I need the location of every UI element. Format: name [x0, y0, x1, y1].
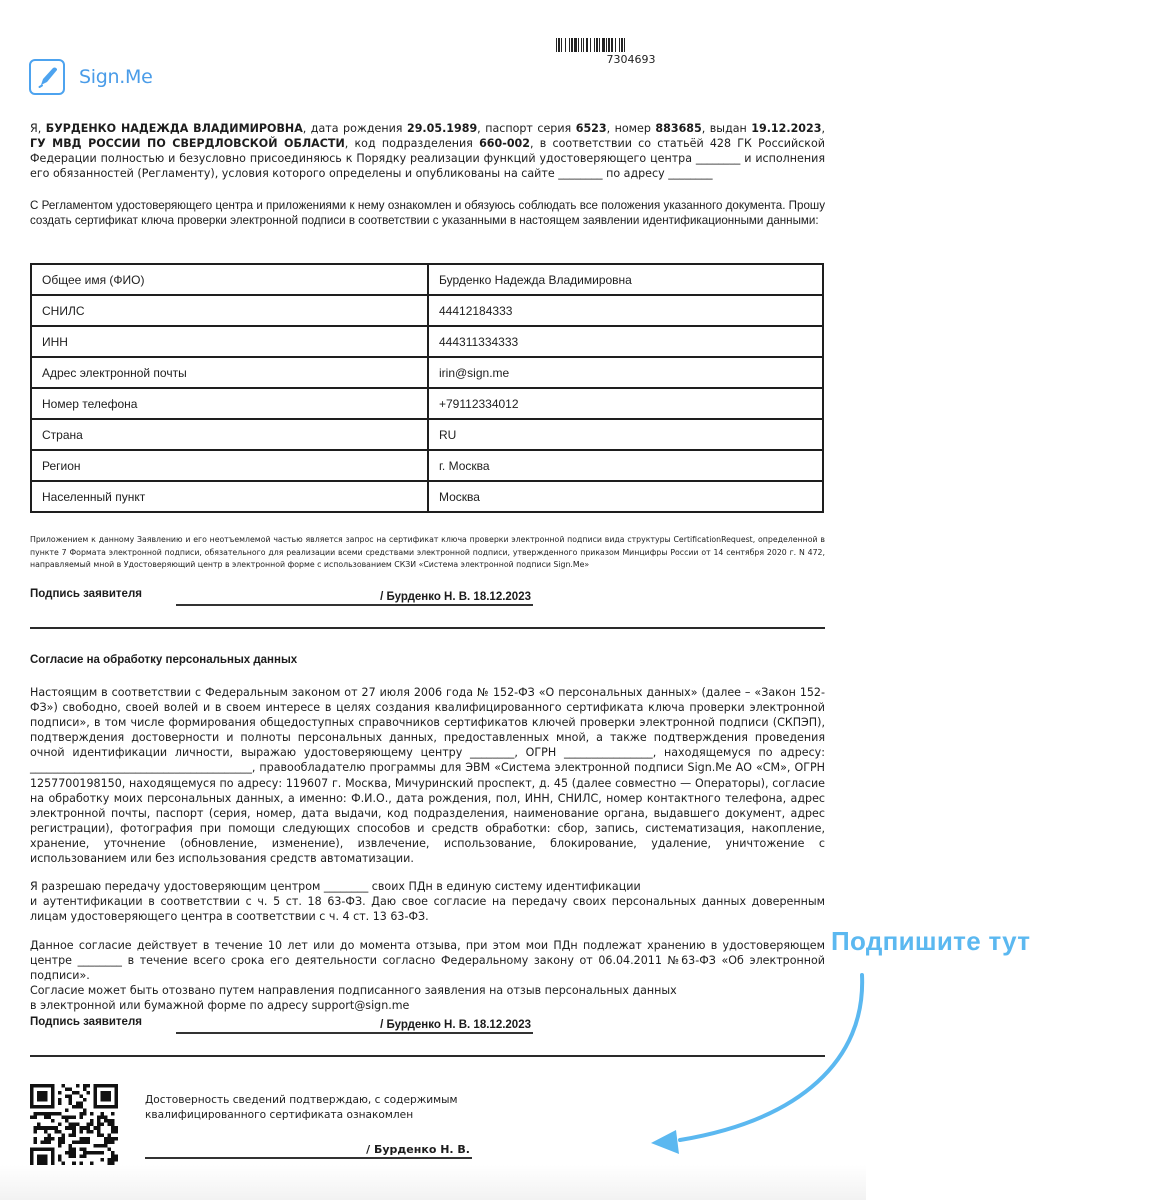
revocation-address: в электронной или бумажной форме по адре… [30, 998, 825, 1013]
field-label: Регион [31, 450, 428, 481]
intro-text: , дата рождения [303, 122, 407, 135]
applicant-field-value: 883685 [655, 122, 701, 135]
identity-table: Общее имя (ФИО)Бурденко Надежда Владимир… [30, 263, 824, 513]
table-row: ИНН444311334333 [31, 326, 823, 357]
field-value: RU [428, 419, 823, 450]
pen-in-square-icon [29, 59, 65, 95]
field-label: ИНН [31, 326, 428, 357]
final-signature-field[interactable]: / Бурденко Н. В. [145, 1140, 472, 1159]
field-value: +79112334012 [428, 388, 823, 419]
table-row: Регионг. Москва [31, 450, 823, 481]
intro-text: , [821, 122, 825, 135]
table-row: Населенный пунктМосква [31, 481, 823, 512]
sign-here-annotation: Подпишите тут [831, 926, 1030, 957]
signature-label: Подпись заявителя [30, 588, 142, 600]
intro-text: , код подразделения [345, 137, 479, 150]
field-value: Бурденко Надежда Владимировна [428, 264, 823, 295]
applicant-field-value: 660-002 [479, 137, 530, 150]
table-row: СНИЛС44412184333 [31, 295, 823, 326]
qr-code-icon [28, 1084, 120, 1172]
intro-text: , паспорт серия [477, 122, 576, 135]
field-label: Страна [31, 419, 428, 450]
field-value: irin@sign.me [428, 357, 823, 388]
applicant-field-value: ГУ МВД РОССИИ ПО СВЕРДЛОВСКОЙ ОБЛАСТИ [30, 137, 345, 150]
signature-value: / Бурденко Н. В. 18.12.2023 [380, 1019, 531, 1031]
regulation-paragraph: С Регламентом удостоверяющего центра и п… [30, 198, 825, 228]
intro-text: , номер [607, 122, 656, 135]
applicant-field-value: 29.05.1989 [407, 122, 477, 135]
consent-title: Согласие на обработку персональных данны… [30, 654, 297, 666]
validity-main: Данное согласие действует в течение 10 л… [30, 938, 825, 983]
revocation-line: Согласие может быть отозвано путем напра… [30, 983, 825, 998]
field-label: СНИЛС [31, 295, 428, 326]
signature-field[interactable]: / Бурденко Н. В. 18.12.2023 [176, 1014, 533, 1034]
table-row: СтранаRU [31, 419, 823, 450]
signature-label: Подпись заявителя [30, 1016, 142, 1028]
field-value: Москва [428, 481, 823, 512]
divider [30, 627, 825, 629]
consent-paragraph: Настоящим в соответствии с Федеральным з… [30, 685, 825, 866]
brand-logo: Sign.Me [29, 59, 152, 95]
confirmation-text: Достоверность сведений подтверждаю, с со… [145, 1093, 485, 1124]
applicant-field-value: 6523 [576, 122, 607, 135]
field-label: Номер телефона [31, 388, 428, 419]
field-value: г. Москва [428, 450, 823, 481]
transfer-paragraph: Я разрешаю передачу удостоверяющим центр… [30, 879, 825, 924]
applicant-field-value: 19.12.2023 [751, 122, 821, 135]
table-row: Номер телефона+79112334012 [31, 388, 823, 419]
table-row: Адрес электронной почтыirin@sign.me [31, 357, 823, 388]
field-label: Общее имя (ФИО) [31, 264, 428, 295]
transfer-rest: и аутентификации в соответствии с ч. 5 с… [30, 894, 825, 924]
barcode-number: 7304693 [556, 53, 706, 66]
field-label: Адрес электронной почты [31, 357, 428, 388]
signature-field[interactable]: / Бурденко Н. В. 18.12.2023 [176, 586, 533, 606]
validity-paragraph: Данное согласие действует в течение 10 л… [30, 938, 825, 1013]
final-signature-value: / Бурденко Н. В. [366, 1143, 470, 1156]
page-bottom-shadow [0, 1165, 866, 1200]
applicant-intro: Я, БУРДЕНКО НАДЕЖДА ВЛАДИМИРОВНА, дата р… [30, 121, 825, 181]
brand-name: Sign.Me [79, 66, 152, 88]
transfer-line: Я разрешаю передачу удостоверяющим центр… [30, 879, 825, 894]
divider [30, 1055, 825, 1057]
applicant-field-value: БУРДЕНКО НАДЕЖДА ВЛАДИМИРОВНА [46, 122, 303, 135]
intro-text: Я, [30, 122, 46, 135]
field-value: 444311334333 [428, 326, 823, 357]
table-row: Общее имя (ФИО)Бурденко Надежда Владимир… [31, 264, 823, 295]
barcode [556, 38, 706, 52]
signature-value: / Бурденко Н. В. 18.12.2023 [380, 591, 531, 603]
field-label: Населенный пункт [31, 481, 428, 512]
document-page: Sign.Me 7304693 Я, БУРДЕНКО НАДЕЖДА ВЛАД… [0, 0, 866, 1200]
intro-text: , выдан [702, 122, 752, 135]
field-value: 44412184333 [428, 295, 823, 326]
appendix-note: Приложением к данному Заявлению и его не… [30, 534, 825, 572]
